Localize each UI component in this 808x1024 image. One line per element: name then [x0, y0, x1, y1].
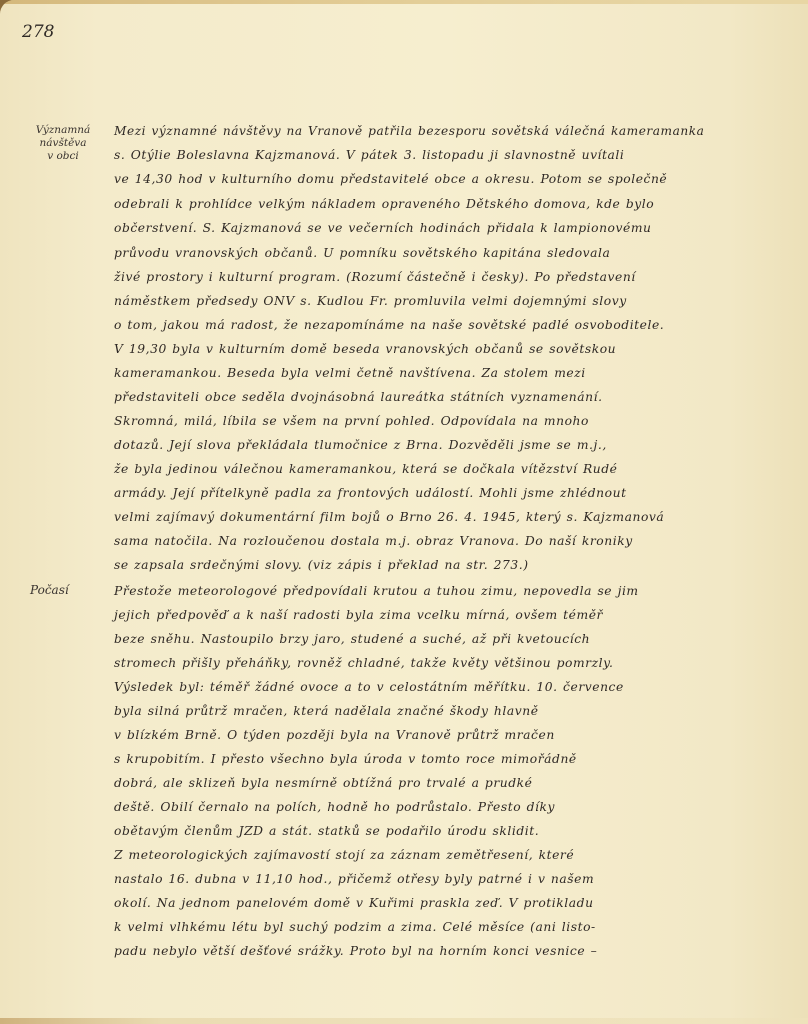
- text-line: průvodu vranovských občanů. U pomníku so…: [114, 246, 610, 260]
- text-line: sama natočila. Na rozloučenou dostala m.…: [114, 534, 633, 548]
- margin-heading-line: v obci: [28, 150, 98, 163]
- text-line: představiteli obce seděla dvojnásobná la…: [114, 390, 603, 404]
- text-line: živé prostory i kulturní program. (Rozum…: [114, 270, 636, 284]
- text-line: stromech přišly přeháňky, rovněž chladné…: [114, 656, 613, 670]
- text-line: kameramankou. Beseda byla velmi četně na…: [114, 366, 586, 380]
- margin-heading-line: Počasí: [30, 584, 100, 597]
- text-line: V 19,30 byla v kulturním domě beseda vra…: [114, 342, 616, 356]
- text-line: s. Otýlie Boleslavna Kajzmanová. V pátek…: [114, 148, 624, 162]
- text-line: Mezi významné návštěvy na Vranově patřil…: [114, 124, 704, 138]
- text-line: odebrali k prohlídce velkým nákladem opr…: [114, 197, 654, 211]
- text-line: se zapsala srdečnými slovy. (viz zápis i…: [114, 558, 529, 572]
- margin-heading-weather: Počasí: [30, 584, 100, 597]
- margin-heading-line: Významná: [28, 124, 98, 137]
- text-line: Přestože meteorologové předpovídali krut…: [114, 584, 639, 598]
- manuscript-page: 278 Významná návštěva v obci Mezi význam…: [0, 0, 808, 1024]
- text-line: ve 14,30 hod v kulturního domu představi…: [114, 172, 667, 186]
- text-line: k velmi vlhkému létu byl suchý podzim a …: [114, 920, 596, 934]
- text-line: náměstkem předsedy ONV s. Kudlou Fr. pro…: [114, 294, 627, 308]
- page-number: 278: [22, 22, 54, 42]
- text-line: o tom, jakou má radost, že nezapomínáme …: [114, 318, 664, 332]
- text-line: velmi zajímavý dokumentární film bojů o …: [114, 510, 664, 524]
- text-line: Výsledek byl: téměř žádné ovoce a to v c…: [114, 680, 624, 694]
- text-line: padu nebylo větší dešťové srážky. Proto …: [114, 944, 597, 958]
- text-line: armády. Její přítelkyně padla za frontov…: [114, 486, 627, 500]
- text-line: s krupobitím. I přesto všechno byla úrod…: [114, 752, 577, 766]
- margin-heading-visit: Významná návštěva v obci: [28, 124, 98, 163]
- text-line: deště. Obilí černalo na polích, hodně ho…: [114, 800, 555, 814]
- text-line: jejich předpověď a k naší radosti byla z…: [114, 608, 603, 622]
- text-line: byla silná průtrž mračen, která nadělala…: [114, 704, 539, 718]
- text-line: beze sněhu. Nastoupilo brzy jaro, studen…: [114, 632, 590, 646]
- text-line: dobrá, ale sklizeň byla nesmírně obtížná…: [114, 776, 533, 790]
- text-line: že byla jedinou válečnou kameramankou, k…: [114, 462, 618, 476]
- text-line: dotazů. Její slova překládala tlumočnice…: [114, 438, 607, 452]
- text-line: okolí. Na jednom panelovém domě v Kuřimi…: [114, 896, 594, 910]
- margin-heading-line: návštěva: [28, 137, 98, 150]
- text-line: Skromná, milá, líbila se všem na první p…: [114, 414, 589, 428]
- text-line: v blízkém Brně. O týden později byla na …: [114, 728, 555, 742]
- text-line: Z meteorologických zajímavostí stojí za …: [114, 848, 574, 862]
- text-line: nastalo 16. dubna v 11,10 hod., přičemž …: [114, 872, 594, 886]
- text-line: obětavým členům JZD a stát. statků se po…: [114, 824, 539, 838]
- text-line: občerstvení. S. Kajzmanová se ve večerní…: [114, 221, 652, 235]
